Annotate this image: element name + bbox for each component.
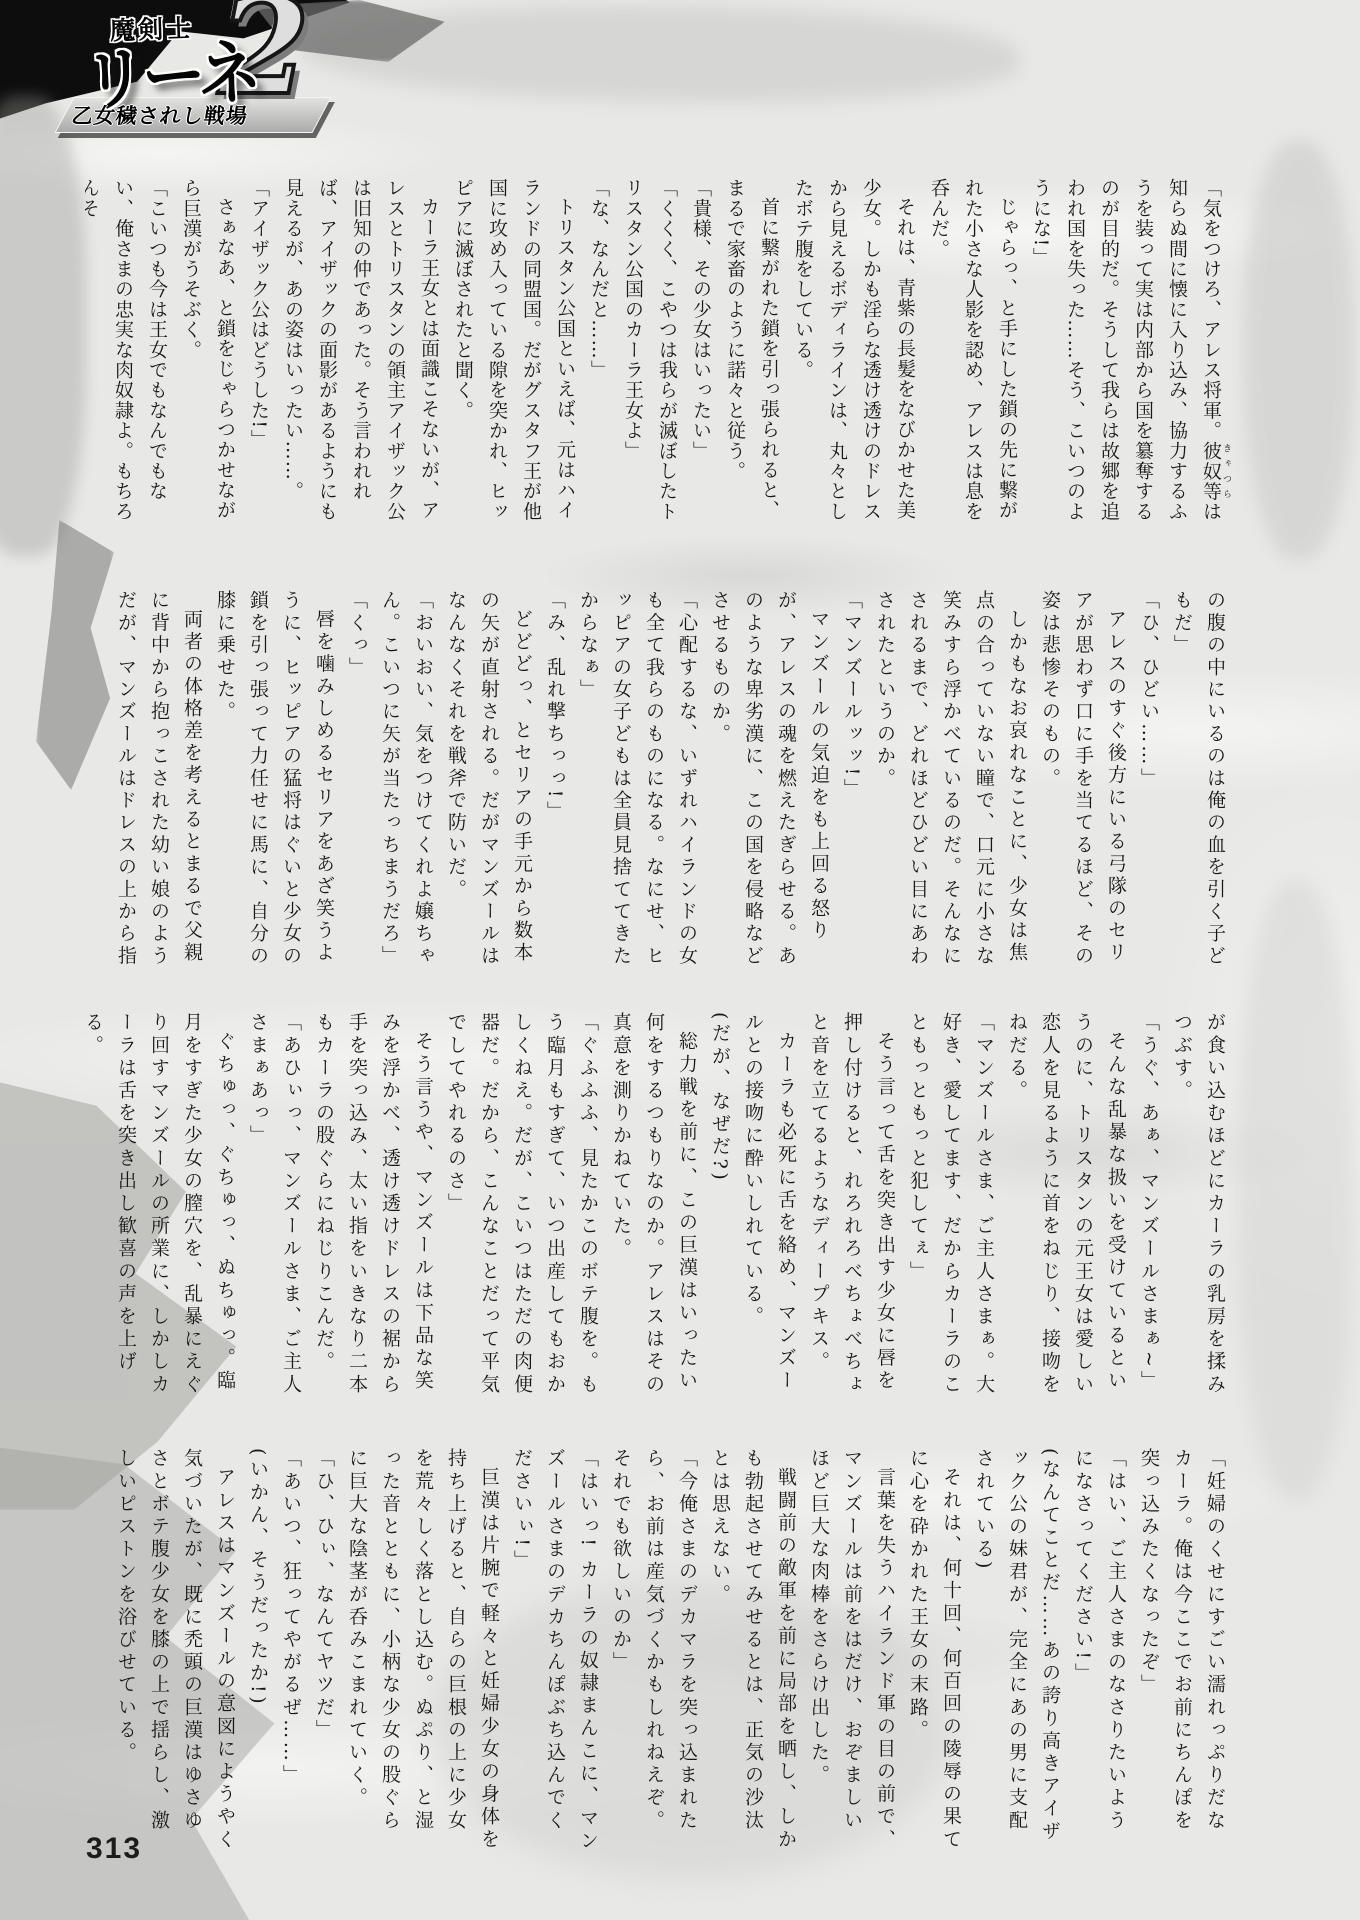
paragraph: 「くくく、こやつは我らが滅ぼしたトリスタン公国のカーラ王女よ」 xyxy=(616,178,684,524)
text-band-1: 「気をつけろ、アレス将軍。彼奴等きゃつらは知らぬ間に懐に入り込み、協力するふうを… xyxy=(85,178,1231,524)
paragraph: 「はいっ! カーラの奴隷まんこに、マンズールさまのデカちんぽぶち込んでくださいぃ… xyxy=(505,1448,604,1854)
paragraph: 「あひぃっ、マンズールさま、ご主人さまぁあっ」 xyxy=(241,1012,307,1406)
paragraph: さぁなあ、と鎖をじゃらつかせながら巨漢がうそぶく。 xyxy=(174,178,242,524)
paragraph: 「ひ、ひどい……」 xyxy=(1132,590,1165,972)
paragraph: それは、何十回、何百回の陵辱の果てに心を砕かれた王女の末路。 xyxy=(901,1448,967,1854)
background-blob xyxy=(1244,140,1354,560)
background-blob xyxy=(300,6,1020,102)
paragraph: 「こいつも今は王女でもなんでもない、俺さまの忠実な肉奴隷よ。もちろんそ xyxy=(85,178,174,524)
paragraph: 「な、なんだと……」 xyxy=(582,178,616,524)
paragraph: 総力戦を前に、この巨漢はいったい何をするつもりなのか。アレスはその真意を測りかね… xyxy=(604,1012,703,1406)
paragraph: 「妊婦のくせにすごい濡れっぷりだなカーラ。俺は今ここでお前にちんぽを突っ込みたく… xyxy=(1132,1448,1231,1854)
paragraph: トリスタン公国といえば、元はハイランドの同盟国。だがグスタフ王が他国に攻め入って… xyxy=(446,178,582,524)
paragraph: (いかん、そうだったか!) xyxy=(241,1448,274,1854)
furigana: 彼奴等きゃつら xyxy=(1200,441,1222,502)
logo-subtitle: 乙女穢されし戦場 xyxy=(70,100,250,130)
background-blob xyxy=(1238,880,1354,1500)
text-band-2: の腹の中にいるのは俺の血を引く子どもだ」「ひ、ひどい……」アレスのすぐ後方にいる… xyxy=(85,590,1231,972)
novel-page: 2 魔剣士 リーネ 乙女穢されし戦場 「気をつけろ、アレス将軍。彼奴等きゃつらは… xyxy=(0,0,1360,1920)
paragraph: カーラも必死に舌を絡め、マンズールとの接吻に酔いしれている。 xyxy=(736,1012,802,1406)
paragraph: そう言うや、マンズールは下品な笑みを浮かべ、透け透けドレスの裾から手を突っ込み、… xyxy=(307,1012,439,1406)
paragraph: アレスのすぐ後方にいる弓隊のセリアが思わず口に手を当てるほど、その姿は悲惨そのも… xyxy=(1033,590,1132,972)
paragraph: (だが、なぜだ?) xyxy=(703,1012,736,1406)
paragraph: 「今俺さまのデカマラを突っ込まれたら、お前は産気づくかもしれねえぞ。それでも欲し… xyxy=(604,1448,703,1854)
text-band-4: 「妊婦のくせにすごい濡れっぷりだなカーラ。俺は今ここでお前にちんぽを突っ込みたく… xyxy=(85,1448,1231,1854)
paragraph: 「あいつ、狂ってやがるぜ……」 xyxy=(274,1448,307,1854)
paragraph: 首に繋がれた鎖を引っ張られると、まるで家畜のように諾々と従う。 xyxy=(718,178,786,524)
paragraph: が食い込むほどにカーラの乳房を揉みつぶす。 xyxy=(1165,1012,1231,1406)
paragraph: 「貴様、その少女はいったい」 xyxy=(684,178,718,524)
paragraph: しかもなお哀れなことに、少女は焦点の合っていない瞳で、口元に小さな笑みすら浮かべ… xyxy=(868,590,1033,972)
paragraph: 「マンズールさま、ご主人さまぁ。大好き、愛してます、だからカーラのこともっともっ… xyxy=(901,1012,1000,1406)
background-blob xyxy=(0,96,86,556)
paragraph: 「心配するな、いずれハイランドの女も全て我らのものになる。なにせ、ヒッピアの女子… xyxy=(571,590,703,972)
paragraph: 「ひ、ひぃ、なんてヤツだ」 xyxy=(307,1448,340,1854)
paragraph: 「ぐふふふ、見たかこのボテ腹を。もう臨月もすぎて、いつ出産してもおかしくねえ。だ… xyxy=(439,1012,604,1406)
paragraph: 「おいおい、気をつけてくれよ嬢ちゃん。こいつに矢が当たっちまうだろ」 xyxy=(373,590,439,972)
paragraph: じゃらっ、と手にした鎖の先に繋がれた小さな人影を認め、アレスは息を呑んだ。 xyxy=(922,178,1024,524)
paragraph: 言葉を失うハイランド軍の目の前で、マンズールは前をはだけ、おぞましいほど巨大な肉… xyxy=(802,1448,901,1854)
paragraph: 唇を噛みしめるセリアをあざ笑うように、ヒッピアの猛将はぐいと少女の鎖を引っ張って… xyxy=(208,590,340,972)
paragraph: 両者の体格差を考えるとまるで父親に背中から抱っこされた幼い娘のようだが、マンズー… xyxy=(109,590,208,972)
paragraph: そう言って舌を突き出す少女に唇を押し付けると、れろれろべちょべちょと音を立てるよ… xyxy=(802,1012,901,1406)
page-number: 313 xyxy=(86,1832,142,1866)
paragraph: (なんてことだ……あの誇り高きアイザック公の妹君が、完全にあの男に支配されている… xyxy=(967,1448,1066,1854)
paragraph: 戦闘前の敵軍を前に局部を晒し、しかも勃起させてみせるとは、正気の沙汰とは思えない… xyxy=(703,1448,802,1854)
paragraph: 「くっ」 xyxy=(340,590,373,972)
paragraph: 「はい、ご主人さまのなさりたいようになさってください!」 xyxy=(1066,1448,1132,1854)
paragraph: そんな乱暴な扱いを受けているというのに、トリスタンの元王女は愛しい恋人を見るよう… xyxy=(1000,1012,1132,1406)
paragraph: 「うぐ、あぁ、マンズールさまぁ~」 xyxy=(1132,1012,1165,1406)
text-band-3: が食い込むほどにカーラの乳房を揉みつぶす。「うぐ、あぁ、マンズールさまぁ~」そん… xyxy=(85,1012,1231,1406)
paragraph: マンズールの気迫をも上回る怒りが、アレスの魂を燃えたぎらせる。あのような卑劣漢に… xyxy=(703,590,835,972)
paragraph: ぐちゅっ、ぐちゅっ、ぬちゅっ。臨月をすぎた少女の膣穴を、乱暴にえぐり回すマンズー… xyxy=(85,1012,241,1406)
paragraph: 「マンズールッッ!」 xyxy=(835,590,868,972)
paragraph: 「気をつけろ、アレス将軍。彼奴等きゃつらは知らぬ間に懐に入り込み、協力するふうを… xyxy=(1024,178,1231,524)
paragraph: 巨漢は片腕で軽々と妊婦少女の身体を持ち上げると、自らの巨根の上に少女を荒々しく落… xyxy=(340,1448,505,1854)
paragraph: 「アイザック公はどうした!」 xyxy=(242,178,276,524)
paragraph: アレスはマンズールの意図にようやく気づいたが、既に禿頭の巨漢はゆさゆさとボテ腹少… xyxy=(109,1448,241,1854)
paragraph: それは、青紫の長髪をなびかせた美少女。しかも淫らな透け透けのドレスから見えるボデ… xyxy=(786,178,922,524)
series-logo: 2 魔剣士 リーネ 乙女穢されし戦場 xyxy=(50,0,350,150)
paragraph: 「み、乱れ撃ちっっ!」 xyxy=(538,590,571,972)
paragraph: カーラ王女とは面識こそないが、アレスとトリスタンの領主アイザック公は旧知の仲であ… xyxy=(276,178,446,524)
paragraph: の腹の中にいるのは俺の血を引く子どもだ」 xyxy=(1165,590,1231,972)
paragraph: どどどっ、とセリアの手元から数本の矢が直射される。だがマンズールはなんなくそれを… xyxy=(439,590,538,972)
